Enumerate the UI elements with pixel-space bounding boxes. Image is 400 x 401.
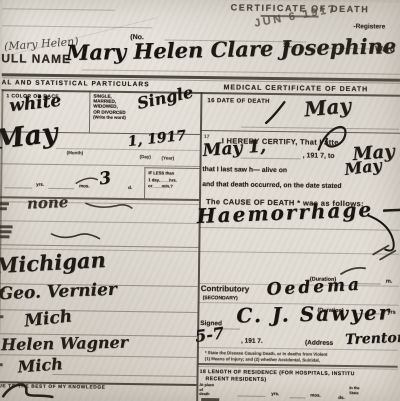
duration-unit: m. (386, 279, 393, 285)
industry-dash-stroke (51, 233, 99, 238)
father-name-value: Geo. Vernier (0, 280, 117, 305)
rule-line (3, 8, 115, 11)
residence-mos-label: mos. (310, 393, 321, 398)
birth-month-value: May (0, 117, 59, 156)
label-fragment (0, 225, 13, 228)
cell-divider (89, 90, 91, 132)
date-of-death-value: May (303, 93, 352, 121)
writing-line (200, 227, 400, 231)
attest-fragment: UE TO THE BEST OF MY KNOWLEDGE (0, 384, 106, 390)
address-value: Trenton (345, 330, 400, 348)
date-of-death-label: 16 DATE OF DEATH (207, 98, 270, 105)
dash-line (222, 328, 240, 329)
dash-line (48, 188, 74, 189)
death-certificate-scan: CERTIFICATE OF DEATH JUN 6 1917 -Registe… (0, 0, 400, 401)
in-state-line: State (349, 391, 358, 395)
full-name-label: FULL NAME (0, 51, 71, 66)
margin-scrawl-stroke (380, 251, 395, 260)
attended-from-printed: , 191 7, to (303, 152, 335, 159)
contributory-label: Contributory (201, 284, 250, 294)
dash-line (237, 396, 265, 397)
age-mos-label: mos. (79, 183, 90, 188)
row-rule (0, 163, 199, 167)
birthplace-value: Michigan (0, 247, 106, 278)
last-saw-text: that I last saw h— alive on (202, 166, 287, 174)
if-less-line: 1 day,____hrs. (148, 177, 177, 182)
signed-date-value: 5-7 (194, 323, 225, 345)
day-label: (Day) (140, 154, 151, 159)
writing-line (199, 251, 399, 255)
at-place-line: At place (199, 383, 214, 387)
last-saw-value: May (343, 155, 382, 179)
age-days-value: 3 (98, 168, 113, 189)
mother-maiden-value: Helen Wagner (1, 333, 129, 355)
month-label: (Month) (67, 150, 84, 155)
age-d-label: d. (128, 185, 132, 190)
row-rule (0, 220, 199, 224)
residence-label-line: RECENT RESIDENTS) (205, 376, 266, 383)
label-fragment (0, 363, 3, 366)
age-yrs-label: yrs. (36, 182, 44, 187)
death-occurred-text: and that death occurred, on the date sta… (202, 181, 341, 190)
signed-value: C. J. Sawyer (236, 300, 391, 327)
personal-section-header: AL AND STATISTICAL PARTICULARS (2, 79, 150, 88)
full-name-value: Mary Helen Clare Josephine Vernier (66, 31, 400, 65)
writing-line (241, 158, 301, 160)
label-fragment (0, 235, 9, 238)
row-rule (201, 130, 400, 134)
writing-line (241, 127, 399, 130)
if-less-box-border (144, 167, 199, 169)
father-birthplace-value: Mich (23, 306, 73, 331)
marital-label-line: (Write the word) (93, 115, 126, 120)
label-fragment (0, 202, 9, 205)
label-fragment (0, 207, 7, 210)
dod-checkmark-stroke (266, 102, 284, 123)
if-less-line: IF LESS than (148, 170, 174, 175)
occupation-value: none (27, 193, 69, 213)
paper-sheet: CERTIFICATE OF DEATH JUN 6 1917 -Registe… (0, 0, 400, 401)
secondary-label: (SECONDARY) (203, 295, 238, 301)
residence-yrs-label: yrs. (271, 391, 279, 396)
if-less-line: or____min.? (148, 183, 173, 188)
footnote-line: (1) Means of Injury; and (2) whether Acc… (205, 356, 320, 363)
address-label: (Address (305, 339, 333, 346)
if-less-box-border (144, 167, 145, 198)
name-writing-line (82, 69, 400, 74)
contributory-value: Oedema (266, 275, 362, 300)
registered-label: -Registere (353, 23, 385, 30)
birth-day-year-value: 1, 1917 (127, 128, 187, 150)
row-rule (53, 374, 197, 377)
occupation-dash-stroke (86, 203, 132, 208)
rule-line (2, 25, 152, 28)
certify-item-no: 17 (204, 134, 210, 140)
dash-line (289, 397, 305, 398)
duration-scrawl-stroke (341, 268, 365, 275)
year-label: (Year) (162, 155, 175, 160)
label-fragment (0, 230, 12, 233)
dash-line (4, 187, 32, 188)
label-fragment (0, 315, 3, 318)
residence-ds-label: ds. (338, 395, 345, 400)
in-state-line: In the (349, 386, 359, 390)
race-value: white (8, 91, 62, 117)
at-place-line: death (199, 392, 209, 396)
signed-date-printed: , 191 7. (241, 338, 263, 345)
